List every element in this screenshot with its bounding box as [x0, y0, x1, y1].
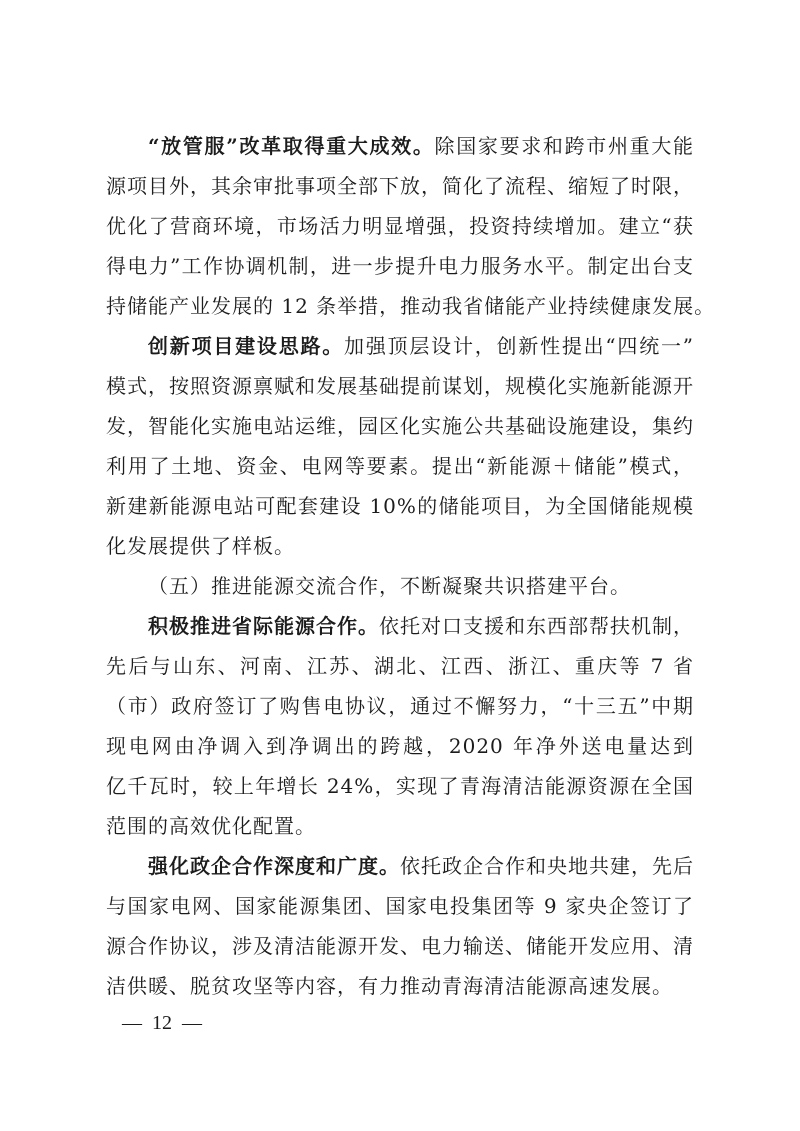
- paragraph-line: 源项目外，其余审批事项全部下放，简化了流程、缩短了时限，: [106, 166, 694, 206]
- paragraph-line: 范围的高效优化配置。: [106, 806, 694, 846]
- bold-lead: 强化政企合作深度和广度。: [148, 854, 400, 878]
- bold-lead: 积极推进省际能源合作。: [148, 614, 379, 638]
- document-page: “放管服”改革取得重大成效。除国家要求和跨市州重大能 源项目外，其余审批事项全部…: [0, 0, 800, 1131]
- section-heading: （五）推进能源交流合作，不断凝聚共识搭建平台。: [106, 566, 694, 606]
- line-text: 除国家要求和跨市州重大能: [435, 134, 694, 158]
- paragraph-line: 现电网由净调入到净调出的跨越，2020 年净外送电量达到 206: [106, 726, 694, 766]
- paragraph-line: 强化政企合作深度和广度。依托政企合作和央地共建，先后: [106, 846, 694, 886]
- line-text: 加强顶层设计，创新性提出“四统一”: [344, 334, 694, 358]
- line-text: 依托政企合作和央地共建，先后: [400, 854, 694, 878]
- paragraph-line: 化发展提供了样板。: [106, 526, 694, 566]
- paragraph-line: “放管服”改革取得重大成效。除国家要求和跨市州重大能: [106, 126, 694, 166]
- page-number: — 12 —: [122, 1003, 202, 1043]
- paragraph-line: 利用了土地、资金、电网等要素。提出“新能源＋储能”模式，: [106, 446, 694, 486]
- paragraph-line: 亿千瓦时，较上年增长 24%，实现了青海清洁能源资源在全国: [106, 766, 694, 806]
- paragraph-line: （市）政府签订了购售电协议，通过不懈努力，“十三五”中期实: [106, 686, 694, 726]
- line-text: 依托对口支援和东西部帮扶机制，: [379, 614, 694, 638]
- paragraph-line: 得电力”工作协调机制，进一步提升电力服务水平。制定出台支: [106, 246, 694, 286]
- paragraph-line: 模式，按照资源禀赋和发展基础提前谋划，规模化实施新能源开: [106, 366, 694, 406]
- paragraph-line: 持储能产业发展的 12 条举措，推动我省储能产业持续健康发展。: [106, 286, 694, 326]
- paragraph-line: 洁供暖、脱贫攻坚等内容，有力推动青海清洁能源高速发展。: [106, 966, 694, 1006]
- bold-lead: 创新项目建设思路。: [148, 334, 344, 358]
- paragraph-line: 创新项目建设思路。加强顶层设计，创新性提出“四统一”: [106, 326, 694, 366]
- paragraph-line: 发，智能化实施电站运维，园区化实施公共基础设施建设，集约: [106, 406, 694, 446]
- paragraph-line: 源合作协议，涉及清洁能源开发、电力输送、储能开发应用、清: [106, 926, 694, 966]
- paragraph-line: 与国家电网、国家能源集团、国家电投集团等 9 家央企签订了能: [106, 886, 694, 926]
- paragraph-line: 积极推进省际能源合作。依托对口支援和东西部帮扶机制，: [106, 606, 694, 646]
- bold-lead: “放管服”改革取得重大成效。: [148, 134, 435, 158]
- paragraph-line: 优化了营商环境，市场活力明显增强，投资持续增加。建立“获: [106, 206, 694, 246]
- paragraph-line: 新建新能源电站可配套建设 10%的储能项目，为全国储能规模: [106, 486, 694, 526]
- paragraph-line: 先后与山东、河南、江苏、湖北、江西、浙江、重庆等 7 省: [106, 646, 694, 686]
